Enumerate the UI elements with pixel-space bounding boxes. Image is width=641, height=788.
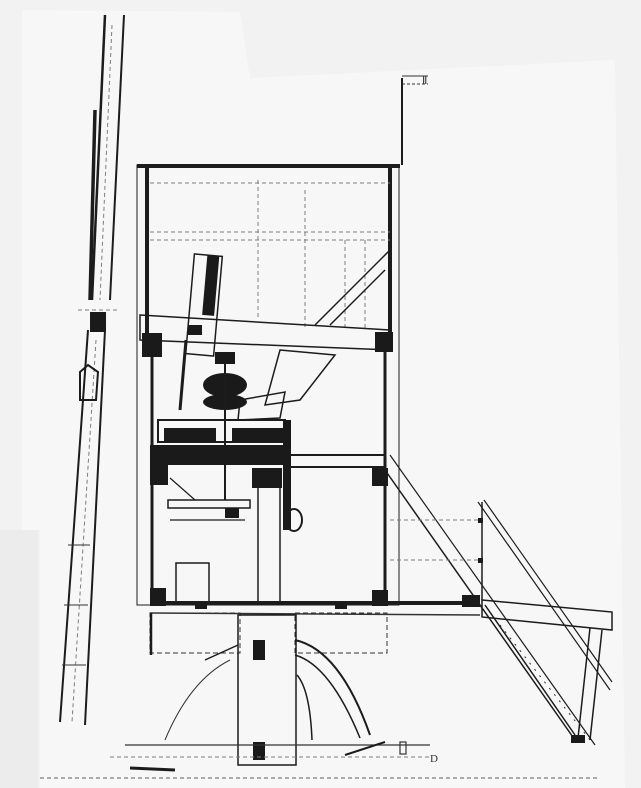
flag-mark-label: Ⅱ [422, 75, 427, 87]
paper-shadow-left [0, 530, 38, 788]
windmill-section-drawing: Ⅱ [0, 0, 641, 788]
paper-sheet [22, 10, 625, 788]
ground-marker-label: D [430, 753, 438, 765]
sail-stock-clamp [90, 312, 106, 332]
